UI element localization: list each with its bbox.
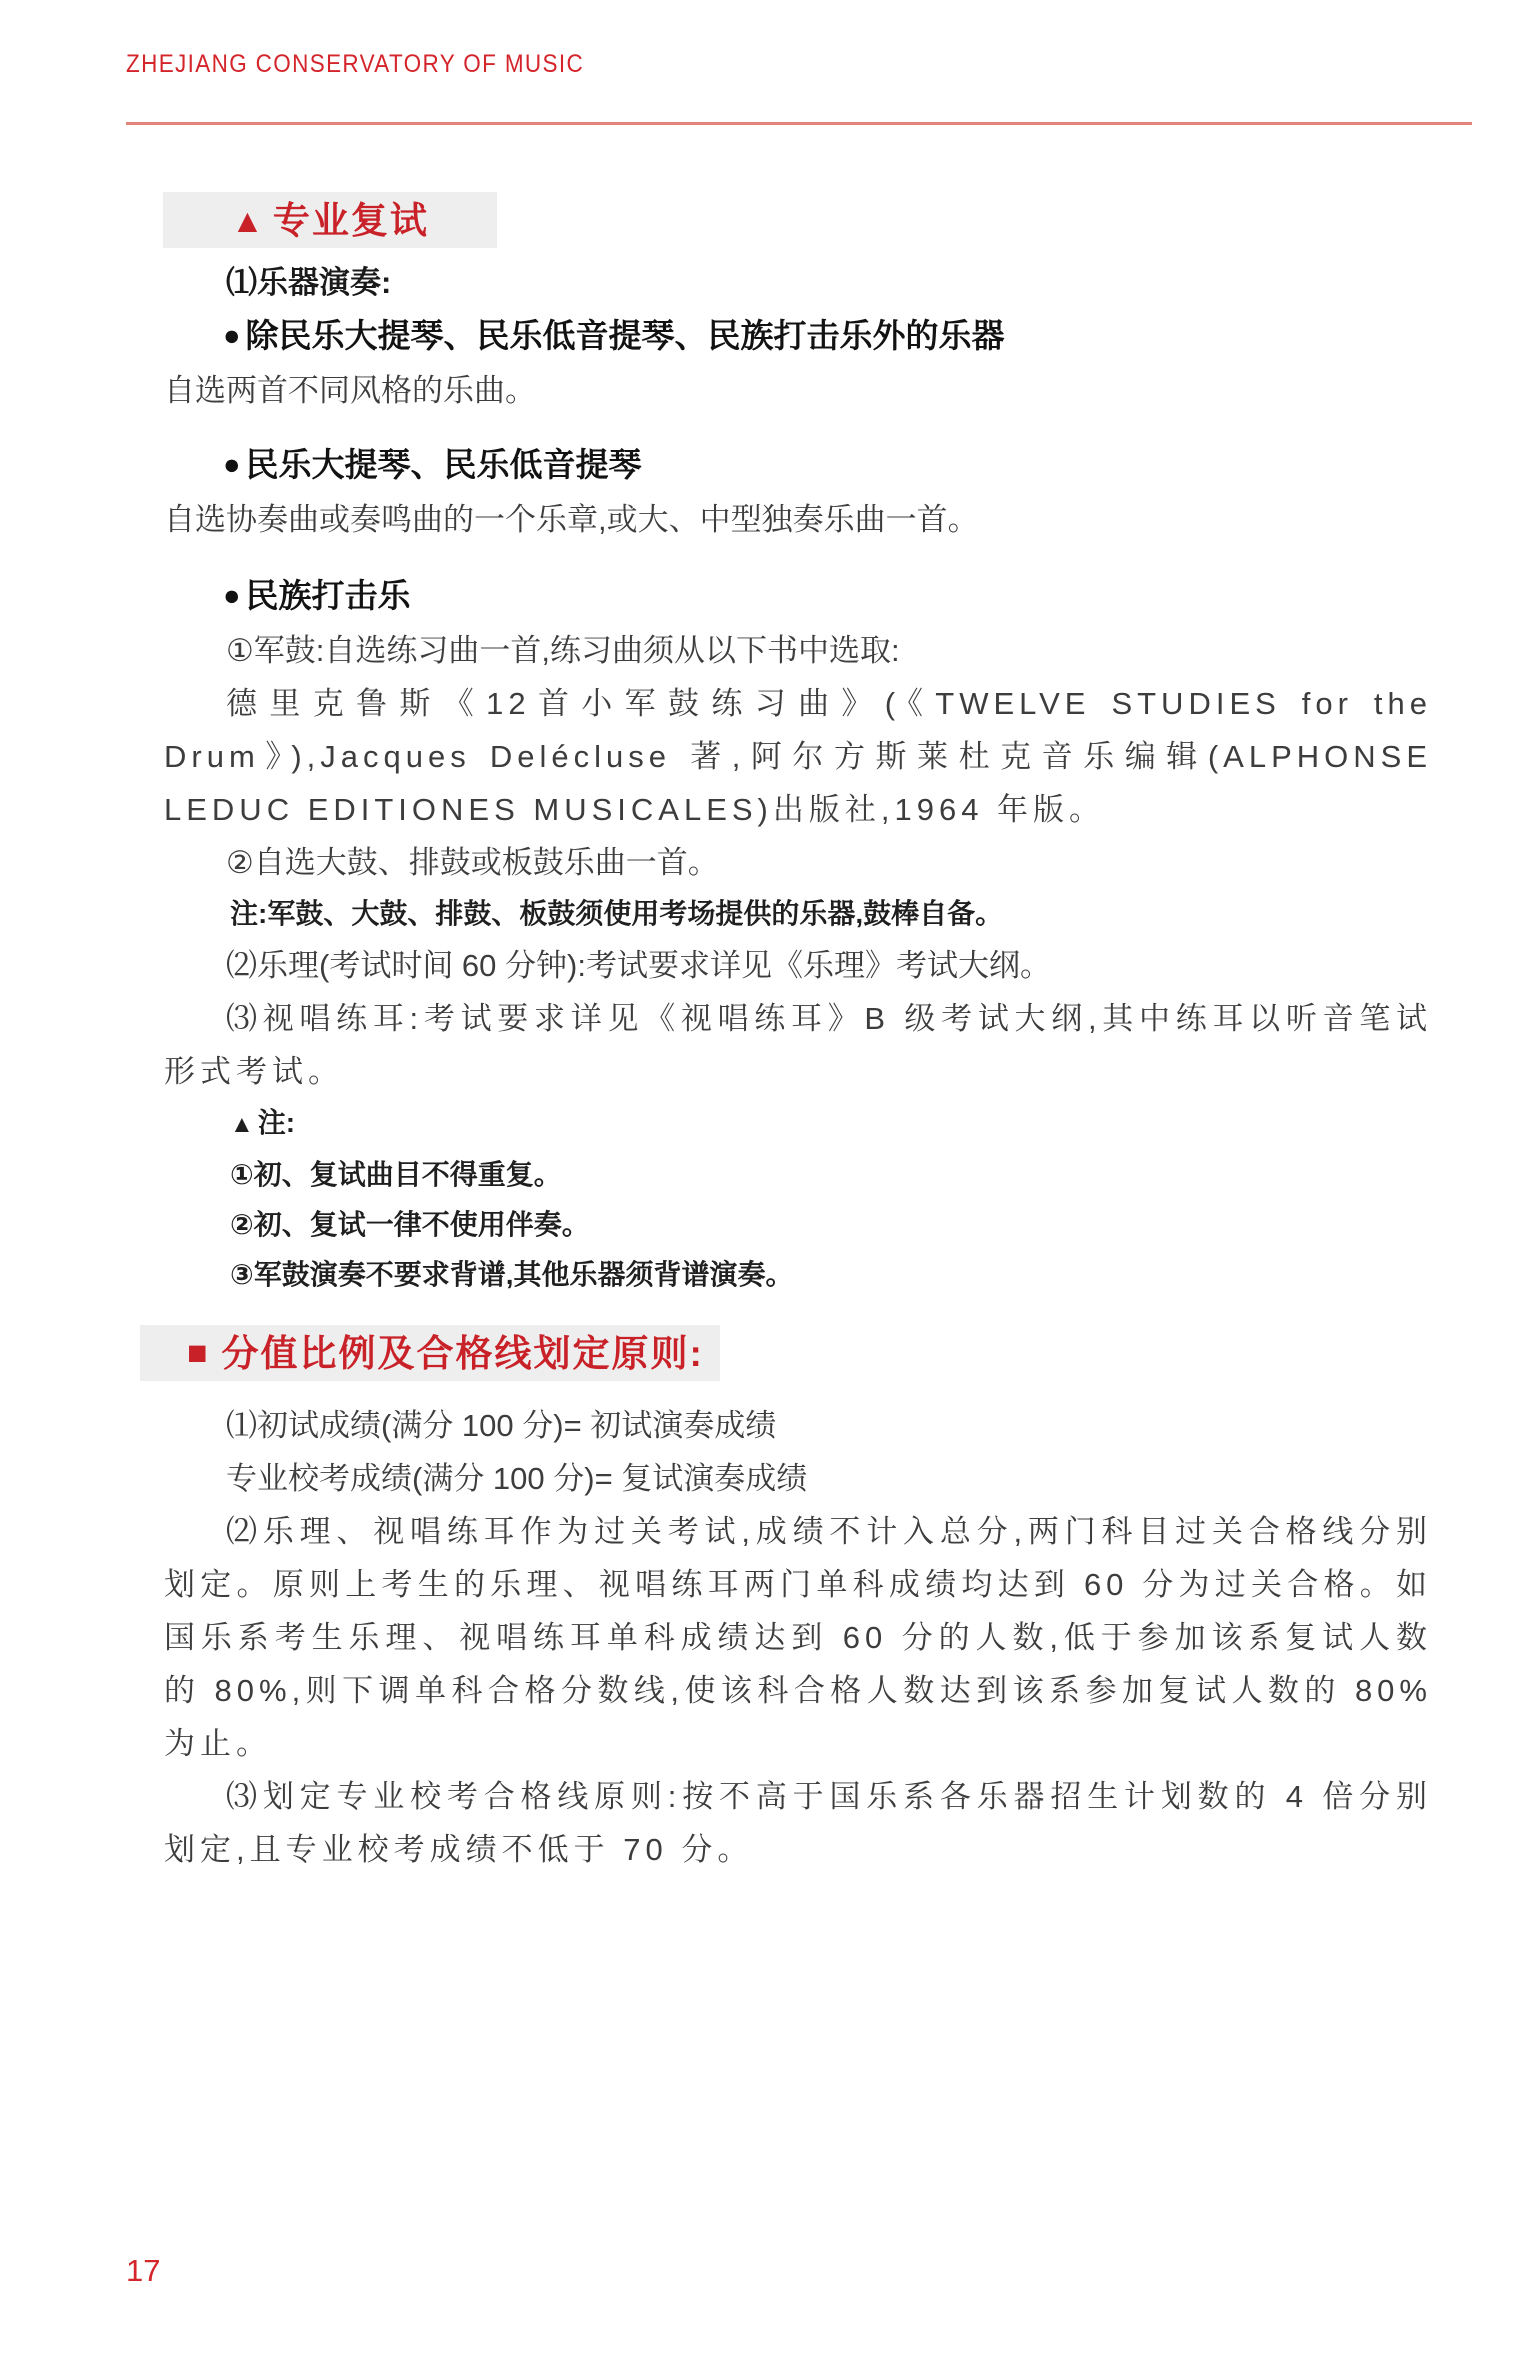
scoring-pass-rule-paragraph: ⑵乐理、视唱练耳作为过关考试,成绩不计入总分,两门科目过关合格线分别划定。原则上… bbox=[164, 1505, 1432, 1770]
bullet-icon: ● bbox=[223, 580, 241, 612]
page-content: ▲ 专业复试 ⑴乐器演奏: ●除民乐大提琴、民乐低音提琴、民族打击乐外的乐器 自… bbox=[164, 192, 1432, 1876]
group-heading-cello-bass: ●民乐大提琴、民乐低音提琴 bbox=[164, 437, 1432, 493]
section-title-scoring: 分值比例及合格线划定原则: bbox=[222, 1327, 704, 1380]
note-item-3: ③军鼓演奏不要求背谱,其他乐器须背谱演奏。 bbox=[164, 1250, 1432, 1300]
notes-label: ▲注: bbox=[164, 1098, 1432, 1150]
page-number: 17 bbox=[126, 2253, 160, 2289]
header-rule bbox=[126, 122, 1472, 125]
brochure-page: ZHEJIANG CONSERVATORY OF MUSIC ▲ 专业复试 ⑴乐… bbox=[0, 0, 1535, 2362]
percussion-item-choice: ②自选大鼓、排鼓或板鼓乐曲一首。 bbox=[164, 836, 1432, 889]
group-cello-bass-requirement: 自选协奏曲或奏鸣曲的一个乐章,或大、中型独奏乐曲一首。 bbox=[164, 493, 1432, 546]
group-heading-percussion: ●民族打击乐 bbox=[164, 568, 1432, 624]
instrument-performance-label: ⑴乐器演奏: bbox=[164, 258, 1432, 308]
triangle-icon: ▲ bbox=[231, 204, 264, 237]
header-brand: ZHEJIANG CONSERVATORY OF MUSIC bbox=[126, 50, 584, 79]
group-other-requirement: 自选两首不同风格的乐曲。 bbox=[164, 364, 1432, 417]
section-title-retest: 专业复试 bbox=[273, 194, 429, 247]
group-heading-text: 民乐大提琴、民乐低音提琴 bbox=[246, 446, 642, 483]
solfeggio-exam-paragraph: ⑶视唱练耳:考试要求详见《视唱练耳》B 级考试大纲,其中练耳以听音笔试形式考试。 bbox=[164, 992, 1432, 1098]
group-heading-text: 除民乐大提琴、民乐低音提琴、民族打击乐外的乐器 bbox=[246, 317, 1005, 354]
percussion-item-snare: ①军鼓:自选练习曲一首,练习曲须从以下书中选取: bbox=[164, 624, 1432, 677]
notes-label-text: 注: bbox=[258, 1107, 295, 1138]
square-icon: ■ bbox=[187, 1336, 208, 1370]
group-heading-text: 民族打击乐 bbox=[246, 577, 411, 614]
note-item-1: ①初、复试曲目不得重复。 bbox=[164, 1150, 1432, 1200]
group-heading-other-instruments: ●除民乐大提琴、民乐低音提琴、民族打击乐外的乐器 bbox=[164, 308, 1432, 364]
percussion-note: 注:军鼓、大鼓、排鼓、板鼓须使用考场提供的乐器,鼓棒自备。 bbox=[164, 889, 1432, 939]
scoring-cutoff-paragraph: ⑶划定专业校考合格线原则:按不高于国乐系各乐器招生计划数的 4 倍分别划定,且专… bbox=[164, 1770, 1432, 1876]
section-header-retest: ▲ 专业复试 bbox=[163, 192, 497, 248]
theory-exam-line: ⑵乐理(考试时间 60 分钟):考试要求详见《乐理》考试大纲。 bbox=[164, 939, 1432, 992]
scoring-school-exam: 专业校考成绩(满分 100 分)= 复试演奏成绩 bbox=[164, 1452, 1432, 1505]
scoring-first-round: ⑴初试成绩(满分 100 分)= 初试演奏成绩 bbox=[164, 1399, 1432, 1452]
bullet-icon: ● bbox=[223, 320, 241, 352]
bullet-icon: ● bbox=[223, 449, 241, 481]
note-item-2: ②初、复试一律不使用伴奏。 bbox=[164, 1200, 1432, 1250]
percussion-book-reference: 德里克鲁斯《12首小军鼓练习曲》(《TWELVE STUDIES for the… bbox=[164, 677, 1432, 836]
triangle-icon: ▲ bbox=[230, 1111, 254, 1138]
section-header-scoring: ■ 分值比例及合格线划定原则: bbox=[140, 1325, 720, 1381]
